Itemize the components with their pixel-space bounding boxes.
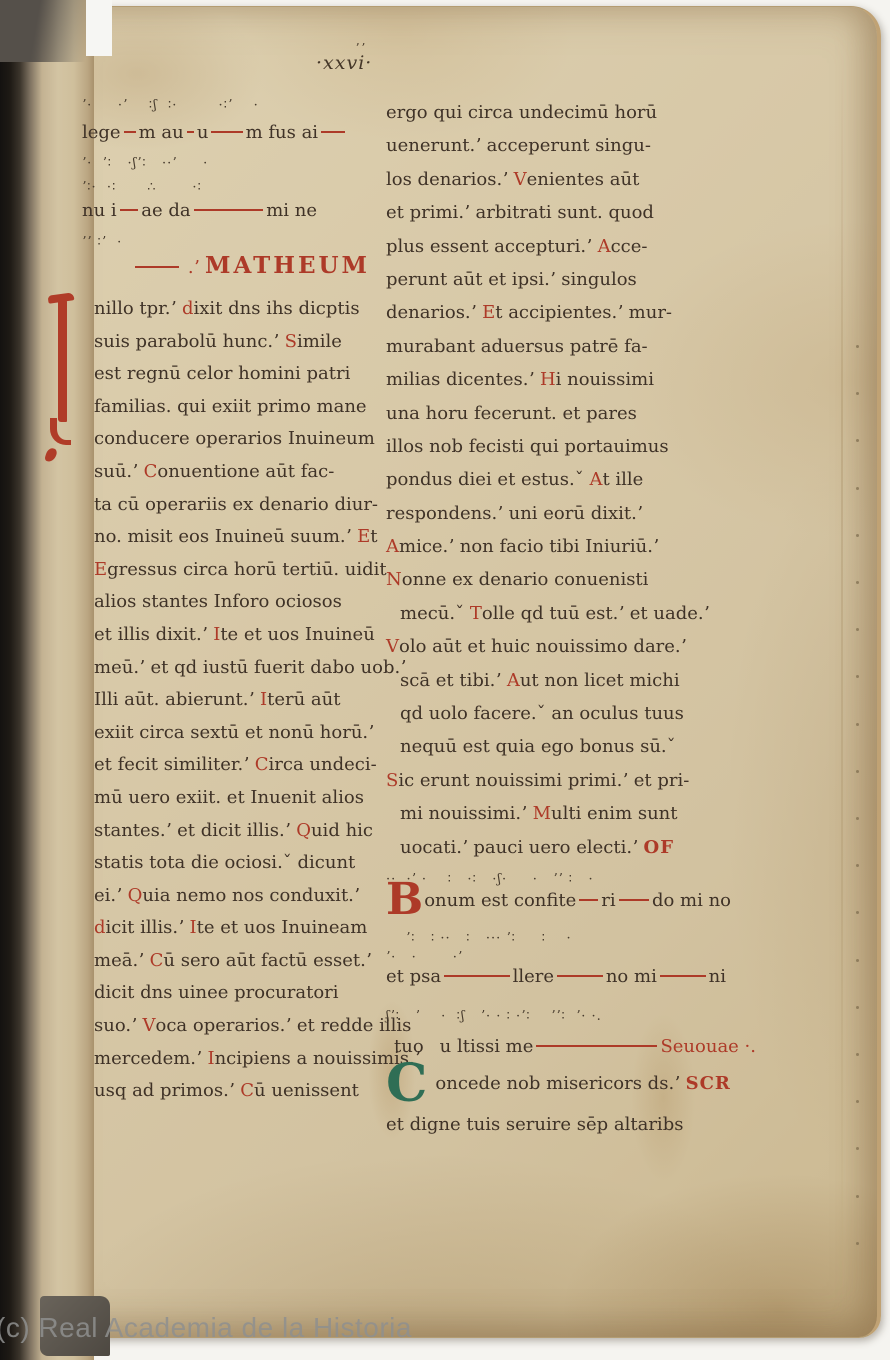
text-run: M [533, 803, 551, 824]
text-run: N [386, 569, 402, 590]
text-run: ei.ʼ [94, 885, 128, 906]
text-run: meā.ʼ [94, 950, 150, 971]
prick-hole [856, 392, 859, 395]
text-run: ū uenissent [254, 1080, 359, 1101]
text-run: ic erunt nouissimi primi.ʼ et pri- [398, 770, 689, 791]
neume-row: ʼʼ ∶ʼ · [82, 230, 348, 254]
drop-cap-initial-i [44, 292, 78, 468]
text-line: exiit circa sextū et nonū horū.ʼ [94, 722, 390, 755]
prick-hole [856, 628, 859, 631]
text-run: t accipientes.ʼ mur- [495, 302, 672, 323]
text-run: ergo qui circa undecimū horū [386, 102, 657, 123]
neume-row: ʼ∶ ∶ ·· ∶ ··· ʼ∶ ∶ · [386, 928, 764, 950]
text-run: imile [297, 331, 342, 352]
text-run: V [386, 636, 399, 657]
manuscript-scan: ʼʼ ·xxvi· ʼ· ·ʼ ∶ʃ ∶· ·∶ʼ ·legem auum fu… [0, 0, 890, 1360]
text-run: milias dicentes.ʼ [386, 369, 540, 390]
text-line: murabant aduersus patrē fa- [386, 336, 764, 369]
text-run: te et uos Inuineam [197, 917, 368, 938]
chant-incipit-block: ʼ· ·ʼ ∶ʃ ∶· ·∶ʼ ·legem auum fus aiʼ· ʼ∶ … [82, 88, 348, 254]
text-line: milias dicentes.ʼ Hi nouissimi [386, 369, 764, 402]
melisma-line [579, 899, 598, 901]
text-line: et digne tuis seruire sēp altaribs [386, 1114, 764, 1144]
prick-hole [856, 581, 859, 584]
neume-row: ʼ∶· ·∶ ∴ ·∶ [82, 174, 348, 200]
text-run: ut non licet michi [520, 670, 680, 691]
text-line: tuou ltissi meSeuouae ·. [386, 1036, 756, 1072]
text-run: meū.ʼ et qd iustū fuerit dabo uob.ʼ [94, 657, 406, 678]
text-run: I [260, 689, 267, 710]
text-run: ae da [141, 200, 190, 221]
text-line: et illis dixit.ʼ Ite et uos Inuineū [94, 624, 390, 657]
text-run: suis parabolū hunc.ʼ [94, 331, 285, 352]
prick-hole [856, 959, 859, 962]
pricking-holes [856, 345, 860, 1245]
text-run: ta cū operariis ex denario diur- [94, 494, 378, 515]
text-run: mice.ʼ non facio tibi Iniuriū.ʼ [399, 536, 659, 557]
text-run: et illis dixit.ʼ [94, 624, 213, 645]
text-run: stantes.ʼ et dicit illis.ʼ [94, 820, 296, 841]
text-line: plus essent accepturi.ʼ Acce- [386, 236, 764, 269]
prick-hole [856, 534, 859, 537]
text-run: C [255, 754, 269, 775]
text-run: est regnū celor homini patri [94, 363, 350, 384]
text-line: mū uero exiit. et Inuenit alios [94, 787, 390, 820]
prick-hole [856, 864, 859, 867]
folio-number: ʼʼ ·xxvi· [316, 42, 372, 73]
text-run: irca undeci- [269, 754, 377, 775]
text-run: llere [513, 966, 554, 987]
text-line: illos nob fecisti qui portauimus [386, 436, 764, 469]
text-run: m fus ai [246, 122, 319, 143]
text-run: ni [709, 966, 726, 987]
text-run: m au [139, 122, 184, 143]
text-line: conducere operarios Inuineum [94, 428, 390, 461]
text-line: et psallereno mini [386, 966, 726, 998]
text-run: nu i [82, 200, 117, 221]
text-run: E [94, 559, 107, 580]
text-run: los denarios.ʼ [386, 169, 514, 190]
neume-row: ʼ· ·ʼ ∶ʃ ∶· ·∶ʼ · [82, 88, 348, 122]
text-run: u [197, 122, 209, 143]
melisma-line [124, 131, 136, 133]
prick-hole [856, 911, 859, 914]
text-run: plus essent accepturi.ʼ [386, 236, 598, 257]
text-run: C [240, 1080, 254, 1101]
background-notch [86, 0, 112, 56]
text-run: ixit dns ihs dicptis [194, 298, 360, 319]
prick-hole [856, 439, 859, 442]
text-line: una horu fecerunt. et pares [386, 403, 764, 436]
prick-hole [856, 1053, 859, 1056]
text-run: onuentione aūt fac- [157, 461, 334, 482]
text-run: conducere operarios Inuineum [94, 428, 375, 449]
text-line: respondens.ʼ uni eorū dixit.ʼ [386, 503, 764, 536]
text-line: mecū.ˇ Tolle qd tuū est.ʼ et uade.ʼ [386, 603, 764, 636]
text-run: alios stantes Inforo ociosos [94, 591, 342, 612]
text-line: scā et tibi.ʼ Aut non licet michi [386, 670, 764, 703]
text-run: H [540, 369, 556, 390]
text-line: nu iae dami ne [82, 200, 317, 230]
text-run: .ʼ [182, 257, 205, 278]
text-line: Volo aūt et huic nouissimo dare.ʼ [386, 636, 764, 669]
text-run: mū uero exiit. et Inuenit alios [94, 787, 364, 808]
text-run: suo.ʼ [94, 1015, 143, 1036]
text-run: una horu fecerunt. et pares [386, 403, 637, 424]
text-line: legem auum fus ai [82, 122, 348, 152]
prick-hole [856, 1195, 859, 1198]
melisma-line [557, 975, 603, 977]
text-run: respondens.ʼ uni eorū dixit.ʼ [386, 503, 643, 524]
melisma-line [120, 209, 139, 211]
text-column-right: ergo qui circa undecimū horūuenerunt.ʼ a… [386, 102, 764, 1144]
text-run: t [370, 526, 377, 547]
text-run: cce- [611, 236, 648, 257]
text-line: familias. qui exiit primo mane [94, 396, 390, 429]
text-run: familias. qui exiit primo mane [94, 396, 367, 417]
text-run: nequū est quia ego bonus sū.ˇ [400, 736, 676, 757]
text-run: Q [128, 885, 143, 906]
text-run: do mi no [652, 890, 731, 911]
text-run: suū.ʼ [94, 461, 144, 482]
text-run: S [285, 331, 297, 352]
text-line: Nonne ex denario conuenisti [386, 569, 764, 602]
text-run: I [213, 624, 220, 645]
copyright-watermark: (c) Real Academia de la Historia [0, 1312, 412, 1344]
prick-hole [856, 345, 859, 348]
text-line: meā.ʼ Cū sero aūt factū esset.ʼ [94, 950, 390, 983]
melisma-line [211, 131, 242, 133]
text-line: alios stantes Inforo ociosos [94, 591, 390, 624]
text-run: et psa [386, 966, 441, 987]
text-run: qd uolo facere.ˇ an oculus tuus [400, 703, 684, 724]
text-run: et digne tuis seruire sēp altaribs [386, 1114, 683, 1135]
neume-row: ·· ·ʼ · ∶ ·∶ ·ʃ· · ʼʼ ∶ · [386, 870, 764, 890]
prick-hole [856, 675, 859, 678]
melisma-line [194, 209, 264, 211]
text-run: V [143, 1015, 156, 1036]
text-line: uenerunt.ʼ acceperunt singu- [386, 135, 764, 168]
text-line: est regnū celor homini patri [94, 363, 390, 396]
prick-hole [856, 487, 859, 490]
text-run: uocati.ʼ pauci uero electi.ʼ [400, 837, 644, 858]
text-run: u ltissi me [440, 1036, 534, 1057]
text-run: et fecit similiter.ʼ [94, 754, 255, 775]
text-run: enientes aūt [527, 169, 640, 190]
text-line: suū.ʼ Conuentione aūt fac- [94, 461, 390, 494]
text-line: Illi aūt. abierunt.ʼ Iterū aūt [94, 689, 390, 722]
gospel-rubric-heading: .ʼ MATHEUM [92, 252, 370, 288]
text-line: mercedem.ʼ Incipiens a nouissimis.ʼ [94, 1048, 390, 1081]
text-run: A [386, 536, 399, 557]
text-run: E [357, 526, 370, 547]
neume-row: ʃʼ∶ ʼ · ∶ʃ ʼ· · ∶ ·ʼ∶ ʼʼ∶ ʼ· ·. [386, 998, 764, 1036]
text-line: uocati.ʼ pauci uero electi.ʼ OF [386, 837, 764, 870]
text-line: Egressus circa horū tertiū. uidit [94, 559, 390, 592]
melisma-line [135, 266, 179, 268]
text-line: suo.ʼ Voca operarios.ʼ et redde illis [94, 1015, 390, 1048]
text-line: stantes.ʼ et dicit illis.ʼ Quid hic [94, 820, 390, 853]
text-run: Q [296, 820, 311, 841]
text-run: C [144, 461, 158, 482]
melisma-line [536, 1045, 657, 1047]
text-line: dicit illis.ʼ Ite et uos Inuineam [94, 917, 390, 950]
text-line: ergo qui circa undecimū horū [386, 102, 764, 135]
text-run: no. misit eos Inuineū suum.ʼ [94, 526, 357, 547]
prick-hole [856, 817, 859, 820]
text-run: oncede nob misericors ds.ʼ [435, 1073, 685, 1094]
text-run: ulti enim sunt [551, 803, 678, 824]
prick-hole [856, 1006, 859, 1009]
text-run: d [182, 298, 194, 319]
text-run: pondus diei et estus.ˇ [386, 469, 589, 490]
text-run: A [507, 670, 520, 691]
text-run: perunt aūt et ipsi.ʼ singulos [386, 269, 637, 290]
text-run: gressus circa horū tertiū. uidit [107, 559, 387, 580]
text-run: et primi.ʼ arbitrati sunt. quod [386, 202, 654, 223]
text-line: suis parabolū hunc.ʼ Simile [94, 331, 390, 364]
melisma-line [444, 975, 509, 977]
text-run: i nouissimi [556, 369, 654, 390]
text-run: V [514, 169, 527, 190]
text-run: te et uos Inuineū [220, 624, 375, 645]
text-run: MATHEUM [205, 252, 370, 279]
text-run: terū aūt [267, 689, 340, 710]
melisma-line [619, 899, 649, 901]
text-line: no. misit eos Inuineū suum.ʼ Et [94, 526, 390, 559]
text-line: ei.ʼ Quia nemo nos conduxit.ʼ [94, 885, 390, 918]
text-line: Concede nob misericors ds.ʼ SCR [386, 1072, 764, 1114]
text-run: Seuouae ·. [660, 1036, 756, 1057]
text-run: mi nouissimi.ʼ [400, 803, 533, 824]
text-run: I [207, 1048, 214, 1069]
gutter-top-shadow [0, 0, 90, 62]
neume-row: ʼ· · ·ʼ [386, 950, 764, 966]
text-line: nequū est quia ego bonus sū.ˇ [386, 736, 764, 769]
text-run: SCR [686, 1073, 731, 1094]
text-run: T [470, 603, 482, 624]
text-line: usq ad primos.ʼ Cū uenissent [94, 1080, 390, 1113]
prick-hole [856, 723, 859, 726]
text-line: denarios.ʼ Et accipientes.ʼ mur- [386, 302, 764, 335]
text-line: los denarios.ʼ Venientes aūt [386, 169, 764, 202]
text-run: lege [82, 122, 121, 143]
text-run: icit illis.ʼ [106, 917, 190, 938]
text-run: A [589, 469, 602, 490]
text-run: mi ne [266, 200, 317, 221]
text-line: et fecit similiter.ʼ Circa undeci- [94, 754, 390, 787]
prick-hole [856, 1242, 859, 1245]
text-run: illos nob fecisti qui portauimus [386, 436, 669, 457]
text-run: S [386, 770, 398, 791]
text-line: ta cū operariis ex denario diur- [94, 494, 390, 527]
text-run: uenerunt.ʼ acceperunt singu- [386, 135, 651, 156]
text-run: mercedem.ʼ [94, 1048, 207, 1069]
prick-hole [856, 1100, 859, 1103]
prick-hole [856, 770, 859, 773]
text-run: oca operarios.ʼ et redde illis [156, 1015, 412, 1036]
text-run: C [150, 950, 164, 971]
text-line: Bonum est confiterido mi no [386, 890, 731, 928]
text-line: qd uolo facere.ˇ an oculus tuus [386, 703, 764, 736]
text-run: OF [644, 837, 674, 858]
text-run: ū sero aūt factū esset.ʼ [163, 950, 371, 971]
prick-hole [856, 1147, 859, 1150]
text-line: nillo tpr.ʼ dixit dns ihs dicptis [94, 298, 390, 331]
text-run: uid hic [311, 820, 373, 841]
text-run: d [94, 917, 106, 938]
melisma-line [187, 131, 194, 133]
text-run: E [482, 302, 495, 323]
text-line: et primi.ʼ arbitrati sunt. quod [386, 202, 764, 235]
text-line: Amice.ʼ non facio tibi Iniuriū.ʼ [386, 536, 764, 569]
text-line: mi nouissimi.ʼ Multi enim sunt [386, 803, 764, 836]
text-line: dicit dns uinee procuratori [94, 982, 390, 1015]
text-column-left: nillo tpr.ʼ dixit dns ihs dicptissuis pa… [94, 298, 390, 1113]
text-run: onum est confite [424, 890, 576, 911]
text-run: murabant aduersus patrē fa- [386, 336, 648, 357]
text-run: usq ad primos.ʼ [94, 1080, 240, 1101]
melisma-line [321, 131, 345, 133]
text-run: ri [601, 890, 615, 911]
text-run: A [598, 236, 611, 257]
text-line: Sic erunt nouissimi primi.ʼ et pri- [386, 770, 764, 803]
text-run: dicit dns uinee procuratori [94, 982, 339, 1003]
text-run: denarios.ʼ [386, 302, 482, 323]
text-line: meū.ʼ et qd iustū fuerit dabo uob.ʼ [94, 657, 390, 690]
text-line: .ʼ MATHEUM [92, 252, 370, 288]
book-gutter-left [0, 0, 94, 1360]
text-run: exiit circa sextū et nonū horū.ʼ [94, 722, 374, 743]
text-line: statis tota die ociosi.ˇ dicunt [94, 852, 390, 885]
text-line: perunt aūt et ipsi.ʼ singulos [386, 269, 764, 302]
text-run: nillo tpr.ʼ [94, 298, 182, 319]
neume-row: ʼ· ʼ∶ ·ʃʼ∶ ··ʼ · [82, 152, 348, 174]
text-run: no mi [606, 966, 657, 987]
text-run: onne ex denario conuenisti [402, 569, 649, 590]
text-run: olo aūt et huic nouissimo dare.ʼ [399, 636, 686, 657]
melisma-line [660, 975, 706, 977]
text-line: pondus diei et estus.ˇ At ille [386, 469, 764, 502]
text-run: scā et tibi.ʼ [400, 670, 507, 691]
text-run: uia nemo nos conduxit.ʼ [142, 885, 359, 906]
text-run: olle qd tuū est.ʼ et uade.ʼ [482, 603, 709, 624]
text-run: Illi aūt. abierunt.ʼ [94, 689, 260, 710]
text-run: I [190, 917, 197, 938]
text-run: mecū.ˇ [400, 603, 470, 624]
text-run: t ille [602, 469, 643, 490]
text-run: statis tota die ociosi.ˇ dicunt [94, 852, 355, 873]
